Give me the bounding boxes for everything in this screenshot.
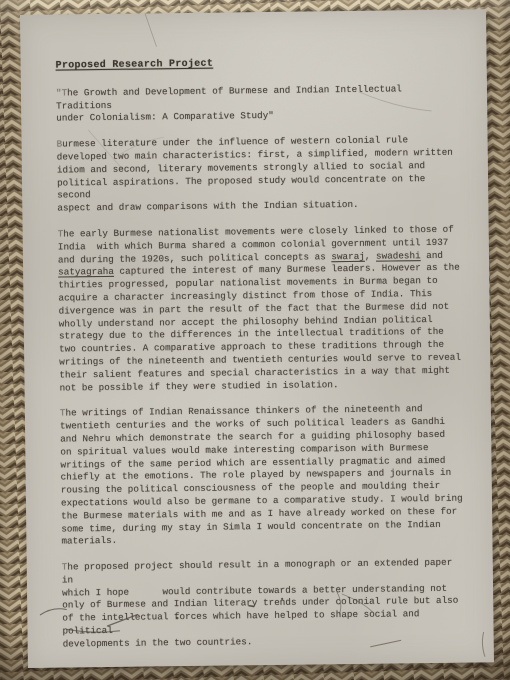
document-title: Proposed Research Project [56,56,463,74]
paragraph-2: The early Burmese nationalist movements … [58,224,467,395]
underlined-term-swadeshi: swadeshi [376,250,421,262]
paragraph-4: The proposed project should result in a … [62,557,470,652]
underlined-term-satyagraha: satyagraha [58,266,114,278]
underlined-term-swaraj: swaraj [331,250,365,261]
paragraph-2-separator-b: and [421,249,443,260]
photo-of-document: Proposed Research Project "The Growth an… [0,0,510,680]
paper-document: Proposed Research Project "The Growth an… [20,9,494,668]
typed-content: Proposed Research Project "The Growth an… [20,9,494,651]
paragraph-3: The writings of Indian Renaissance think… [60,403,469,549]
paragraph-1: Burmese literature under the influence o… [57,134,465,216]
paragraph-2-text-b: captured the interest of many Burmese le… [58,262,461,393]
paragraph-2-separator-a: , [365,250,376,261]
document-subtitle: "The Growth and Development of Burmese a… [56,82,463,125]
